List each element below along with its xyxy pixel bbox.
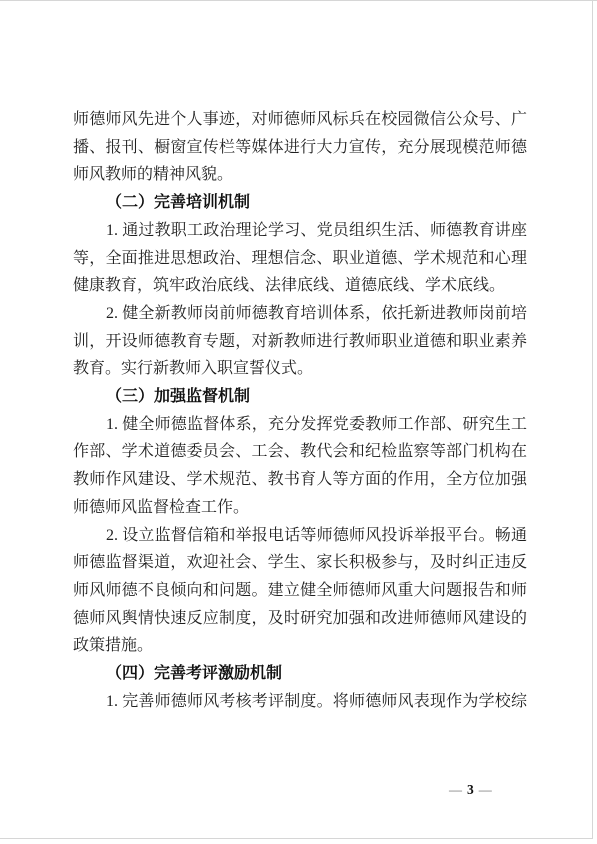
page-edge-top	[0, 0, 597, 1]
text-line: 作部、学术道德委员会、工会、教代会和纪检监察等部门机构在	[73, 438, 527, 466]
page-footer: — 3 —	[449, 782, 492, 798]
text-line: 播、报刊、橱窗宣传栏等媒体进行大力宣传，充分展现模范师德	[73, 134, 527, 162]
text-line: 2. 设立监督信箱和举报电话等师德师风投诉举报平台。畅通	[73, 522, 527, 550]
text-line: 2. 健全新教师岗前师德教育培训体系，依托新进教师岗前培	[73, 300, 527, 328]
text-line: 师德监督渠道，欢迎社会、学生、家长积极参与，及时纠正违反	[73, 549, 527, 577]
text-line: 教育。实行新教师入职宣誓仪式。	[73, 355, 527, 383]
page-edge-bottom	[0, 838, 593, 839]
text-line: 德师风舆情快速反应制度，及时研究加强和改进师德师风建设的	[73, 605, 527, 633]
section-heading: （四）完善考评激励机制	[73, 660, 527, 688]
text-line: 训，开设师德教育专题，对新教师进行教师职业道德和职业素养	[73, 328, 527, 356]
footer-dash-right: —	[479, 782, 492, 798]
text-line: 等，全面推进思想政治、理想信念、职业道德、学术规范和心理	[73, 245, 527, 273]
text-line: 政策措施。	[73, 632, 527, 660]
text-line: 师德师风先进个人事迹，对师德师风标兵在校园微信公众号、广	[73, 106, 527, 134]
section-heading: （三）加强监督机制	[73, 383, 527, 411]
document-page: 师德师风先进个人事迹，对师德师风标兵在校园微信公众号、广 播、报刊、橱窗宣传栏等…	[0, 0, 597, 844]
text-line: 教师作风建设、学术规范、教书育人等方面的作用，全方位加强	[73, 466, 527, 494]
text-line: 1. 通过教职工政治理论学习、党员组织生活、师德教育讲座	[73, 217, 527, 245]
text-line: 健康教育，筑牢政治底线、法律底线、道德底线、学术底线。	[73, 272, 527, 300]
footer-dash-left: —	[449, 782, 462, 798]
page-number: 3	[467, 782, 474, 798]
page-edge-right	[592, 0, 593, 839]
text-line: 师风教师的精神风貌。	[73, 161, 527, 189]
document-body: 师德师风先进个人事迹，对师德师风标兵在校园微信公众号、广 播、报刊、橱窗宣传栏等…	[73, 106, 527, 715]
text-line: 师德师风监督检查工作。	[73, 494, 527, 522]
text-line: 1. 完善师德师风考核考评制度。将师德师风表现作为学校综	[73, 688, 527, 716]
text-line: 1. 健全师德监督体系，充分发挥党委教师工作部、研究生工	[73, 411, 527, 439]
section-heading: （二）完善培训机制	[73, 189, 527, 217]
text-line: 师风师德不良倾向和问题。建立健全师德师风重大问题报告和师	[73, 577, 527, 605]
